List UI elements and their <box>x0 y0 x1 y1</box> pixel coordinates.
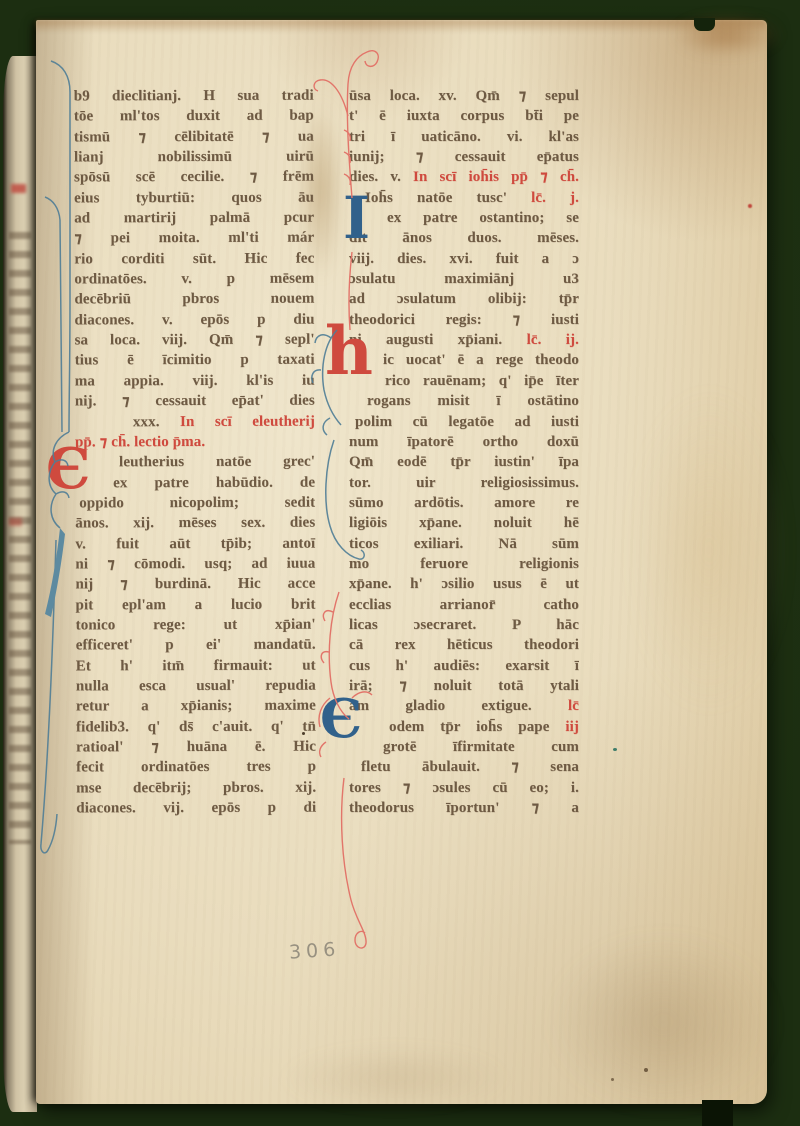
body-text: b9 dieclitianj. H sua tradi <box>74 88 314 105</box>
body-text: nij ⁊ burdinā. Hic acce <box>75 576 315 593</box>
body-text: tri ī uaticāno. vi. kl'as <box>349 129 579 145</box>
body-text: ordinatōes. v. p mēsem <box>74 271 314 288</box>
speck <box>644 1068 648 1072</box>
body-text: Et h' itm̄ firmauit: ut <box>76 657 316 674</box>
text-line: Et h' itm̄ firmauit: ut <box>76 655 316 676</box>
body-text: ecclias arrianor̄ catho <box>349 597 579 613</box>
text-line: tri ī uaticāno. vi. kl'as <box>349 127 579 147</box>
text-line: ad ɔsulatum olibij: tp̄r <box>349 289 579 309</box>
body-text: diacones. v. epōs p diu <box>75 311 315 328</box>
body-text: sa loca. viij. Qm̄ ⁊ sepl' <box>75 332 315 349</box>
text-line: cā rex hēticus theodori <box>349 635 579 655</box>
body-text: v. fuit aūt tp̄ib; antoī <box>75 535 315 552</box>
body-text: grotē īfirmitate cum <box>383 739 579 755</box>
text-line: grotē īfirmitate cum <box>349 737 579 757</box>
body-text: xxx. <box>133 414 180 430</box>
text-line: ticos exiliari. Nā sūm <box>349 534 579 554</box>
facing-page-rubric-mark <box>9 518 22 526</box>
body-text: tor. uir religiosissimus. <box>349 475 579 491</box>
text-line: am gladio extigue. lc̄ <box>349 696 579 716</box>
text-line: tores ⁊ ɔsules cū eo; i. <box>349 778 579 798</box>
rubric-text: iij <box>565 719 579 735</box>
text-line: mse decēbrij; pbros. xij. <box>76 777 316 798</box>
text-line: pit epl'am a lucio brit <box>75 594 315 615</box>
text-line: dies. v. In scī ioh̄is pp̄ ⁊ ch̄. <box>349 167 579 187</box>
body-text: ex patre ostantino; se <box>387 210 579 226</box>
body-text: ni ⁊ cōmodi. usq; ad iuua <box>75 555 315 572</box>
body-text: nij. ⁊ cessauit ep̄at' dies <box>75 393 315 410</box>
body-text: ic uocat' ē a rege theodo <box>383 352 579 368</box>
body-text: fidelib3. q' ds̄ c'auit. q' tn̄ <box>76 718 316 735</box>
text-line: xp̄ane. h' ɔsilio usus ē ut <box>349 574 579 594</box>
illuminated-initial-I-iohannes: I <box>343 192 370 244</box>
body-text: decēbriū pbros nouem <box>74 291 314 308</box>
illuminated-initial-E-eodem: Є <box>320 696 362 744</box>
body-text: cā rex hēticus theodori <box>349 637 579 653</box>
body-text: dit ānos duos. mēses. <box>349 230 579 246</box>
body-text: ad martirij palmā pcur <box>74 210 314 227</box>
text-column-left: b9 dieclitianj. H sua traditōe ml'tos du… <box>74 86 317 819</box>
body-text: sūmo ardōtis. amore re <box>349 495 579 511</box>
body-text: tores ⁊ ɔsules cū eo; i. <box>349 780 579 796</box>
body-text: ɔsulatu maximiānj u3 <box>349 271 579 287</box>
text-line: num īpatorē ortho doxū <box>349 432 579 452</box>
body-text: ma appia. viij. kl'is iu <box>75 372 315 389</box>
body-text: odem tp̄r ioh̄s pape <box>389 719 565 735</box>
illuminated-initial-H-hic: h <box>325 322 373 381</box>
text-line: nij. ⁊ cessauit ep̄at' dies <box>75 391 315 412</box>
speck <box>613 748 617 751</box>
body-text: eius tyburtiū: quos āu <box>74 189 314 206</box>
body-text: mo feruore religionis <box>349 556 579 572</box>
text-line: ecclias arrianor̄ catho <box>349 595 579 615</box>
binding-clamp-top <box>694 18 715 31</box>
text-line: iunij; ⁊ cessauit ep̄atus <box>349 147 579 167</box>
body-text: t' ē iuxta corpus bt̄i pe <box>349 108 579 124</box>
rubric-text: lc̄ <box>568 698 579 714</box>
body-text: rio corditi sūt. Hic fec <box>74 250 314 267</box>
text-line: ad martirij palmā pcur <box>74 208 314 229</box>
text-line: irā; ⁊ noluit totā ytali <box>349 676 579 696</box>
rubric-text: lc̄. j. <box>531 190 579 206</box>
text-line: ex patre ostantino; se <box>349 208 579 228</box>
text-line: theodorici regis: ⁊ iusti <box>349 310 579 330</box>
text-line: v. fuit aūt tp̄ib; antoī <box>75 533 315 554</box>
text-line: tius ē īcimitio p taxati <box>75 350 315 371</box>
body-text: pit epl'am a lucio brit <box>76 596 316 613</box>
text-line: polim cū legatōe ad iusti <box>349 412 579 432</box>
text-line: eius tyburtiū: quos āu <box>74 187 314 208</box>
body-text: ānos. xij. mēses sex. dies <box>75 515 315 532</box>
text-line: decēbriū pbros nouem <box>74 289 314 310</box>
text-line: diacones. vij. epōs p di <box>76 798 316 819</box>
text-line: ordinatōes. v. p mēsem <box>74 269 314 290</box>
body-text: leutherius natōe grec' <box>119 454 315 471</box>
body-text: retur a xp̄ianis; maxime <box>76 698 316 715</box>
body-text: ni augusti xp̄iani. <box>349 332 527 348</box>
rubric-text: In scī eleutherij <box>180 413 315 429</box>
body-text: dies. v. <box>349 169 413 185</box>
body-text: rogans misit ī ostātino <box>367 393 579 409</box>
body-text: licas ɔsecraret. P hāc <box>349 617 579 633</box>
body-text: theodorici regis: ⁊ iusti <box>349 312 579 328</box>
text-line: spōsū scē cecilie. ⁊ frēm <box>74 167 314 188</box>
text-line: lianj nobilissimū uirū <box>74 147 314 168</box>
body-text: efficeret' p ei' mandatū. <box>76 637 316 654</box>
text-line: ɔsulatu maximiānj u3 <box>349 269 579 289</box>
text-line: dit ānos duos. mēses. <box>349 228 579 248</box>
text-line: fletu ābulauit. ⁊ sena <box>349 757 579 777</box>
body-text: ad ɔsulatum olibij: tp̄r <box>349 291 579 307</box>
text-line: fecit ordinatōes tres p <box>76 757 316 778</box>
body-text: Qm̄ eodē tp̄r iustin' īpa <box>349 454 579 470</box>
text-line: b9 dieclitianj. H sua tradi <box>74 86 314 107</box>
body-text: polim cū legatōe ad iusti <box>355 414 579 430</box>
text-line: ratioal' ⁊ huāna ē. Hic <box>76 737 316 758</box>
text-column-right: ūsa loca. xv. Qm̄ ⁊ sepult' ē iuxta corp… <box>349 86 579 818</box>
body-text: ex patre habūdio. de <box>113 474 315 491</box>
body-text: ūsa loca. xv. Qm̄ ⁊ sepul <box>349 88 579 104</box>
body-text: ligiōis xp̄ane. noluit hē <box>349 515 579 531</box>
text-line: rico rauēnam; q' ip̄e īter <box>349 371 579 391</box>
body-text: fecit ordinatōes tres p <box>76 759 316 776</box>
rubric-text: pp̄. ⁊ ch̄. lectio p̄ma. <box>75 434 205 450</box>
text-line: diacones. v. epōs p diu <box>75 309 315 330</box>
text-line: Ioh̄s natōe tusc' lc̄. j. <box>349 188 579 208</box>
text-line: theodorus īportun' ⁊ a <box>349 798 579 818</box>
text-line: ni ⁊ cōmodi. usq; ad iuua <box>75 553 315 574</box>
folio-number: 306 <box>288 938 341 964</box>
body-text: tōe ml'tos duxit ad bap <box>74 108 314 125</box>
body-text: rico rauēnam; q' ip̄e īter <box>385 373 579 389</box>
text-line: t' ē iuxta corpus bt̄i pe <box>349 106 579 126</box>
text-line: viij. dies. xvi. fuit a ɔ <box>349 249 579 269</box>
text-line: fidelib3. q' ds̄ c'auit. q' tn̄ <box>76 716 316 737</box>
body-text: viij. dies. xvi. fuit a ɔ <box>349 251 579 267</box>
body-text: tonico rege: ut xp̄ian' <box>76 617 316 634</box>
body-text: ticos exiliari. Nā sūm <box>349 536 579 552</box>
body-text: nulla esca usual' repudia <box>76 678 316 695</box>
body-text: tius ē īcimitio p taxati <box>75 352 315 369</box>
text-line: leutherius natōe grec' <box>75 452 315 473</box>
text-line: nij ⁊ burdinā. Hic acce <box>75 574 315 595</box>
text-line: pp̄. ⁊ ch̄. lectio p̄ma. <box>75 431 315 452</box>
text-line: ligiōis xp̄ane. noluit hē <box>349 513 579 533</box>
rubric-text: lc̄. ij. <box>527 332 579 348</box>
illuminated-initial-E-eleutherius: Є <box>46 444 91 494</box>
text-line: Qm̄ eodē tp̄r iustin' īpa <box>349 452 579 472</box>
body-text: fletu ābulauit. ⁊ sena <box>361 759 579 775</box>
text-line: tismū ⁊ cēlibitatē ⁊ ua <box>74 126 314 147</box>
body-text: oppido nicopolim; sedit <box>79 494 315 511</box>
text-line: tōe ml'tos duxit ad bap <box>74 106 314 127</box>
text-line: efficeret' p ei' mandatū. <box>76 635 316 656</box>
text-line: ni augusti xp̄iani. lc̄. ij. <box>349 330 579 350</box>
text-line: oppido nicopolim; sedit <box>75 492 315 513</box>
text-line: ex patre habūdio. de <box>75 472 315 493</box>
text-line: sa loca. viij. Qm̄ ⁊ sepl' <box>75 330 315 351</box>
text-line: odem tp̄r ioh̄s pape iij <box>349 717 579 737</box>
text-line: licas ɔsecraret. P hāc <box>349 615 579 635</box>
text-line: ūsa loca. xv. Qm̄ ⁊ sepul <box>349 86 579 106</box>
body-text: lianj nobilissimū uirū <box>74 149 314 166</box>
book-fore-edge <box>3 56 37 1112</box>
body-text: irā; ⁊ noluit totā ytali <box>349 678 579 694</box>
body-text: diacones. vij. epōs p di <box>76 800 316 817</box>
photo-background: b9 dieclitianj. H sua traditōe ml'tos du… <box>0 0 800 1126</box>
rubric-text: In scī ioh̄is pp̄ ⁊ ch̄. <box>413 169 579 185</box>
text-line: tonico rege: ut xp̄ian' <box>76 615 316 636</box>
body-text: theodorus īportun' ⁊ a <box>349 800 579 816</box>
text-line: tor. uir religiosissimus. <box>349 473 579 493</box>
body-text: cus h' audiēs: exarsit ī <box>349 658 579 674</box>
text-line: ic uocat' ē a rege theodo <box>349 350 579 370</box>
text-line: ⁊ pei moita. ml'ti már <box>74 228 314 249</box>
body-text: ⁊ pei moita. ml'ti már <box>74 230 314 247</box>
body-text: iunij; ⁊ cessauit ep̄atus <box>349 149 579 165</box>
text-line: rogans misit ī ostātino <box>349 391 579 411</box>
facing-page-showthrough <box>9 232 31 844</box>
body-text: Ioh̄s natōe tusc' <box>365 190 531 206</box>
manuscript-page: b9 dieclitianj. H sua traditōe ml'tos du… <box>36 20 767 1104</box>
text-line: mo feruore religionis <box>349 554 579 574</box>
speck <box>748 204 752 208</box>
body-text: mse decēbrij; pbros. xij. <box>76 779 316 796</box>
body-text: am gladio extigue. <box>349 698 568 714</box>
facing-page-rubric-mark <box>11 184 26 193</box>
text-line: rio corditi sūt. Hic fec <box>74 248 314 269</box>
text-line: sūmo ardōtis. amore re <box>349 493 579 513</box>
body-text: ratioal' ⁊ huāna ē. Hic <box>76 739 316 756</box>
text-line: xxx. In scī eleutherij <box>75 411 315 432</box>
text-line: nulla esca usual' repudia <box>76 676 316 697</box>
body-text: num īpatorē ortho doxū <box>349 434 579 450</box>
speck <box>611 1078 614 1081</box>
text-line: ānos. xij. mēses sex. dies <box>75 513 315 534</box>
text-line: cus h' audiēs: exarsit ī <box>349 656 579 676</box>
body-text: spōsū scē cecilie. ⁊ frēm <box>74 169 314 186</box>
binding-clamp-bottom <box>702 1100 733 1126</box>
text-line: retur a xp̄ianis; maxime <box>76 696 316 717</box>
text-line: ma appia. viij. kl'is iu <box>75 370 315 391</box>
body-text: xp̄ane. h' ɔsilio usus ē ut <box>349 576 579 592</box>
body-text: tismū ⁊ cēlibitatē ⁊ ua <box>74 128 314 145</box>
